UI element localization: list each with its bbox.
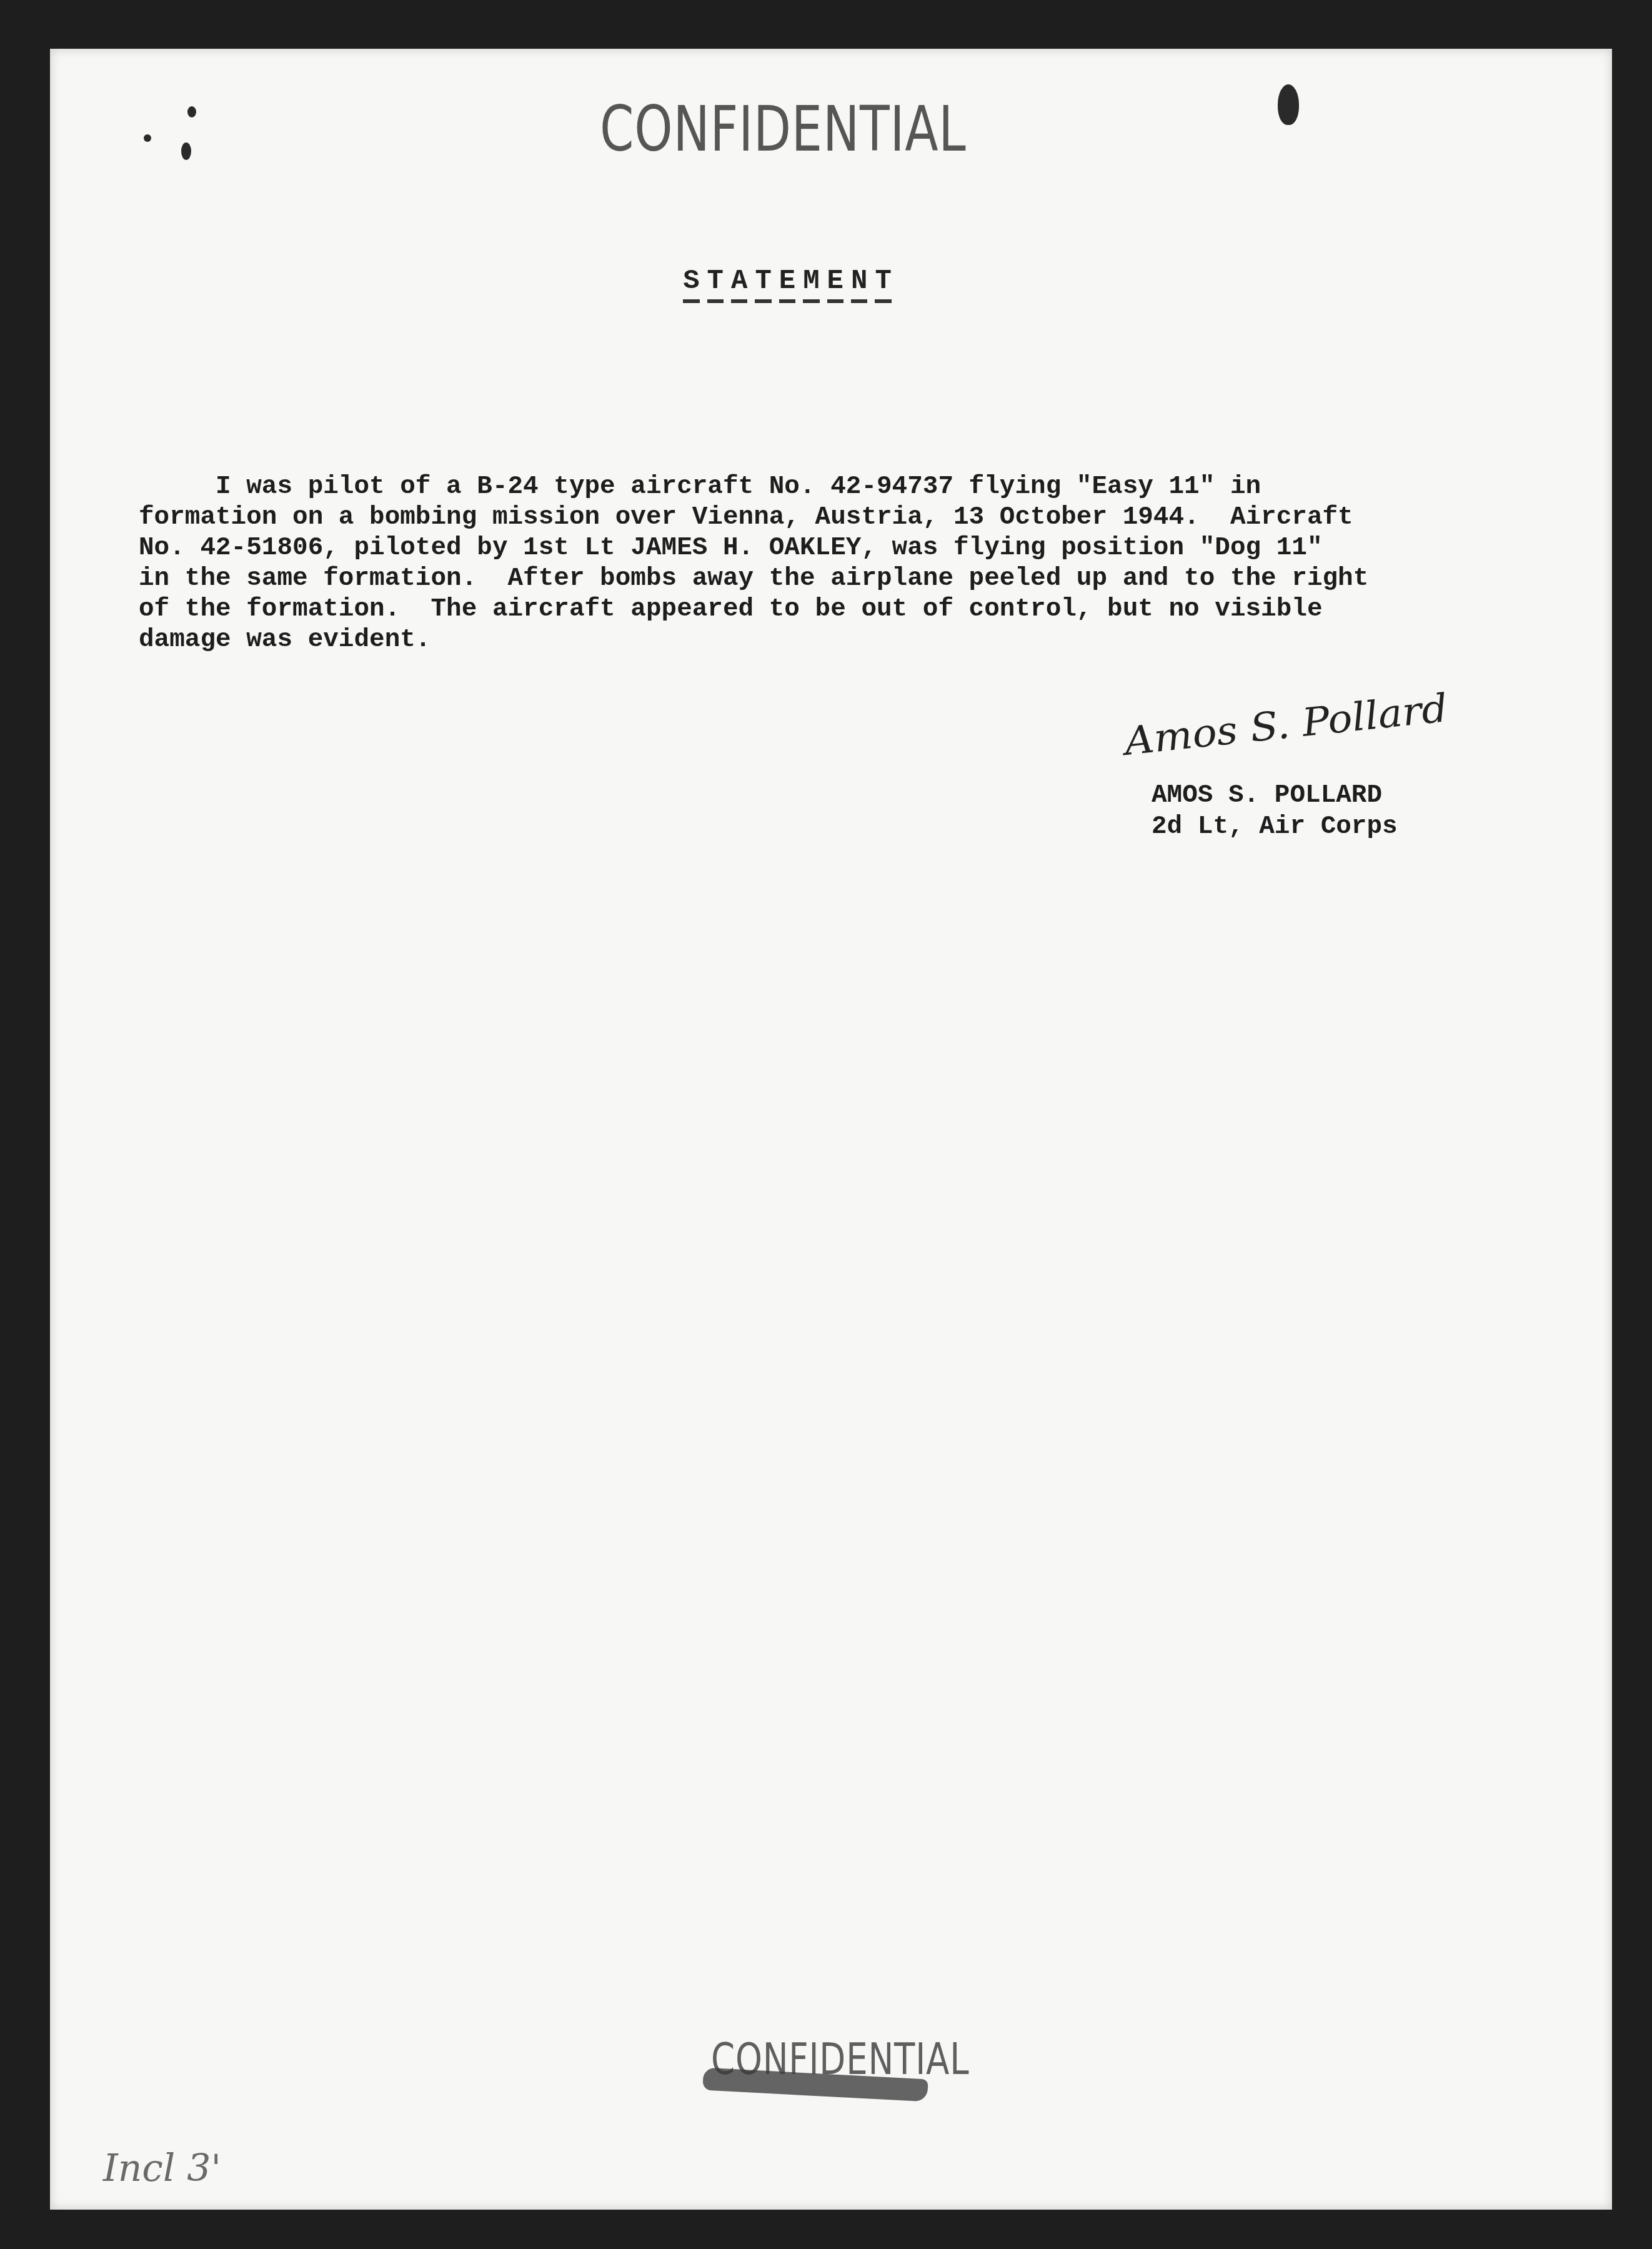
statement-line: damage was evident.	[139, 625, 1513, 656]
signature-block: AMOS S. POLLARD 2d Lt, Air Corps	[1152, 780, 1398, 842]
page-title: STATEMENT	[600, 266, 975, 303]
handwritten-enclosure-note: Incl 3'	[103, 2147, 221, 2190]
document-page	[50, 49, 1612, 2210]
signer-rank: 2d Lt, Air Corps	[1152, 811, 1398, 842]
title-letter: A	[731, 266, 747, 303]
ink-speck	[187, 106, 196, 117]
confidential-stamp-top: CONFIDENTIAL	[600, 92, 967, 166]
ink-speck	[181, 142, 191, 160]
title-letter: N	[851, 266, 867, 303]
ink-speck	[144, 134, 151, 142]
statement-line: of the formation. The aircraft appeared …	[139, 594, 1513, 625]
statement-line: I was pilot of a B-24 type aircraft No. …	[139, 472, 1513, 502]
title-letter: E	[827, 266, 843, 303]
statement-body: I was pilot of a B-24 type aircraft No. …	[139, 472, 1513, 656]
confidential-stamp-bottom: CONFIDENTIAL	[711, 2033, 969, 2085]
title-letter: T	[875, 266, 891, 303]
statement-line: No. 42-51806, piloted by 1st Lt JAMES H.…	[139, 533, 1513, 564]
title-letter: T	[755, 266, 771, 303]
title-letter: E	[779, 266, 795, 303]
title-letter: M	[803, 266, 819, 303]
statement-line: formation on a bombing mission over Vien…	[139, 502, 1513, 533]
title-letter: S	[683, 266, 699, 303]
ink-speck	[1278, 84, 1299, 125]
title-letter: T	[707, 266, 724, 303]
signer-name: AMOS S. POLLARD	[1152, 780, 1398, 811]
statement-line: in the same formation. After bombs away …	[139, 564, 1513, 594]
